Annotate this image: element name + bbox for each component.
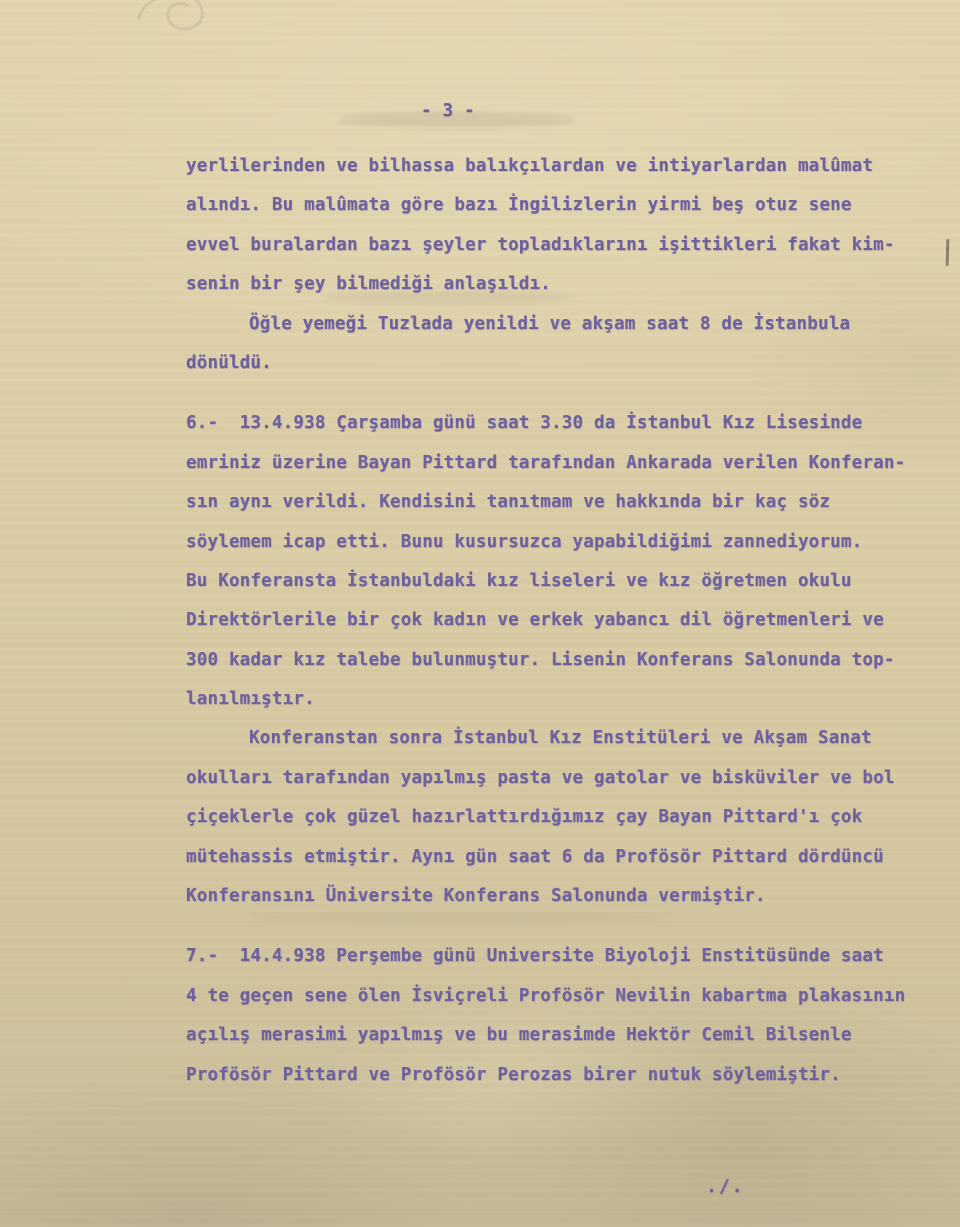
text-line: açılış merasimi yapılmış ve bu merasimde… [186,1016,920,1055]
document-body: yerlilerinden ve bilhassa balıkçılardan … [186,147,920,1095]
text-line: okulları tarafından yapılmış pasta ve ga… [186,759,920,798]
scanned-document-page: - 3 - yerlilerinden ve bilhassa balıkçıl… [0,0,960,1227]
text-line: yerlilerinden ve bilhassa balıkçılardan … [186,147,920,186]
text-line: Bu Konferansta İstanbuldaki kız liseleri… [186,562,920,601]
text-line-item-7: 7.- 14.4.938 Perşembe günü Universite Bi… [186,937,920,976]
text-line: evvel buralardan bazı şeyler topladıklar… [186,226,920,265]
text-line: 300 kadar kız talebe bulunmuştur. Liseni… [186,641,920,680]
text-line: Direktörlerile bir çok kadın ve erkek ya… [186,601,920,640]
text-line: sın aynı verildi. Kendisini tanıtmam ve … [186,483,920,522]
text-line: 4 te geçen sene ölen İsviçreli Profösör … [186,977,920,1016]
text-line: söylemem icap etti. Bunu kusursuzca yapa… [186,523,920,562]
text-line: senin bir şey bilmediği anlaşıldı. [186,265,920,304]
text-line: Öğle yemeği Tuzlada yenildi ve akşam saa… [186,305,920,344]
text-line-item-6: 6.- 13.4.938 Çarşamba günü saat 3.30 da … [186,404,920,443]
paper-swirl-mark [118,0,228,62]
text-line: emriniz üzerine Bayan Pittard tarafından… [186,444,920,483]
text-line: lanılmıştır. [186,680,920,719]
text-line: çiçeklerle çok güzel hazırlattırdığımız … [186,798,920,837]
page-number: - 3 - [421,101,475,121]
continuation-mark: ./. [706,1176,745,1197]
margin-pencil-mark [946,239,950,266]
text-line: Konferanstan sonra İstanbul Kız Enstitül… [186,719,920,758]
text-line: Konferansını Üniversite Konferans Salonu… [186,877,920,916]
text-line: alındı. Bu malûmata göre bazı İngilizler… [186,186,920,225]
text-line: dönüldü. [186,344,920,383]
text-line: mütehassis etmiştir. Aynı gün saat 6 da … [186,838,920,877]
text-line: Profösör Pittard ve Profösör Perozas bir… [186,1056,920,1095]
